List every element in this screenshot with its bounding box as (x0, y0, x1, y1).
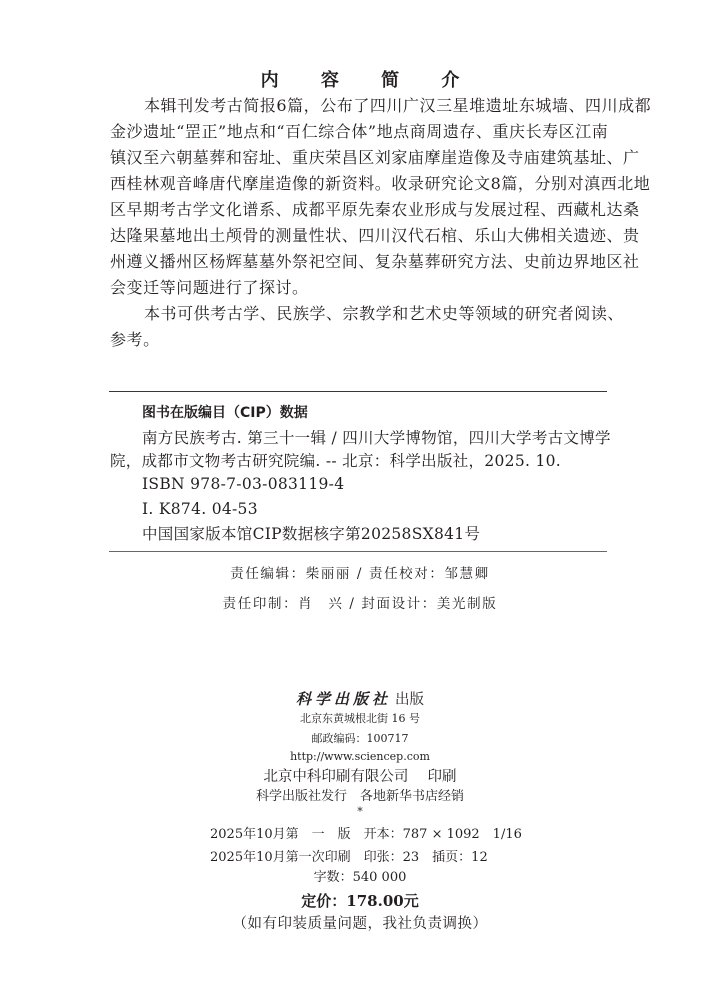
cip-number: 中国国家版本馆CIP数据核字第20258SX841号 (142, 524, 480, 544)
summary-line: 西桂林观音峰唐代摩崖造像的新资料。收录研究论文8篇，分别对滇西北地 (110, 174, 607, 194)
publisher-logo: 科学出版社 (296, 690, 391, 708)
summary-line: 镇汉至六朝墓葬和窑址、重庆荣昌区刘家庙摩崖造像及寺庙建筑基址、广 (110, 148, 607, 168)
summary-line: 州遵义播州区杨辉墓墓外祭祀空间、复杂墓葬研究方法、史前边界地区社 (110, 252, 607, 272)
separator-star: * (0, 805, 720, 818)
edition-line-2: 2025年10月第一次印刷 印张：23 插页：12 (210, 846, 488, 865)
production-credits: 责任印制：肖 兴 / 封面设计：美光制版 (0, 592, 720, 612)
quality-notice: （如有印装质量问题，我社负责调换） (0, 912, 720, 933)
summary-line: 区早期考古学文化谱系、成都平原先秦农业形成与发展过程、西藏札达桑 (110, 200, 607, 220)
summary-line: 参考。 (110, 330, 607, 350)
summary-line: 本辑刊发考古简报6篇，公布了四川广汉三星堆遗址东城墙、四川成都 (110, 96, 607, 116)
distribution-line: 科学出版社发行 各地新华书店经销 (0, 785, 720, 804)
edition-line-1: 2025年10月第 一 版 开本：787 × 1092 1/16 (210, 823, 522, 842)
summary-line: 本书可供考古学、民族学、宗教学和艺术史等领域的研究者阅读、 (110, 304, 607, 324)
publisher-suffix: 出版 (395, 692, 424, 708)
editor-credits: 责任编辑：柴丽丽 / 责任校对：邹慧卿 (0, 562, 720, 582)
price: 定价：178.00元 (0, 890, 720, 911)
page-title: 内 容 简 介 (0, 66, 720, 92)
publisher-postcode: 邮政编码：100717 (0, 730, 720, 746)
cip-bottom-rule (109, 551, 607, 552)
word-count: 字数：540 000 (0, 866, 720, 885)
publisher-line: 科学出版社出版 (0, 688, 720, 709)
cip-record-line-1: 南方民族考古. 第三十一辑 / 四川大学博物馆，四川大学考古文博学 (142, 428, 607, 448)
publisher-website: http://www.sciencep.com (0, 750, 720, 763)
cip-isbn: ISBN 978-7-03-083119-4 (142, 474, 344, 494)
summary-line: 会变迁等问题进行了探讨。 (110, 278, 607, 298)
cip-heading: 图书在版编目（CIP）数据 (142, 402, 308, 422)
summary-line: 金沙遗址“罡正”地点和“百仁综合体”地点商周遗存、重庆长寿区江南 (110, 122, 607, 142)
cip-classification: Ⅰ. K874. 04-53 (142, 499, 258, 519)
printer-line: 北京中科印刷有限公司 印刷 (0, 765, 720, 786)
cip-record-line-2: 院，成都市文物考古研究院编. -- 北京：科学出版社，2025. 10. (110, 451, 561, 471)
summary-line: 达隆果墓地出土颅骨的测量性状、四川汉代石棺、乐山大佛相关遗迹、贵 (110, 226, 607, 246)
publisher-address: 北京东黄城根北街 16 号 (0, 710, 720, 726)
cip-top-rule (109, 391, 607, 392)
